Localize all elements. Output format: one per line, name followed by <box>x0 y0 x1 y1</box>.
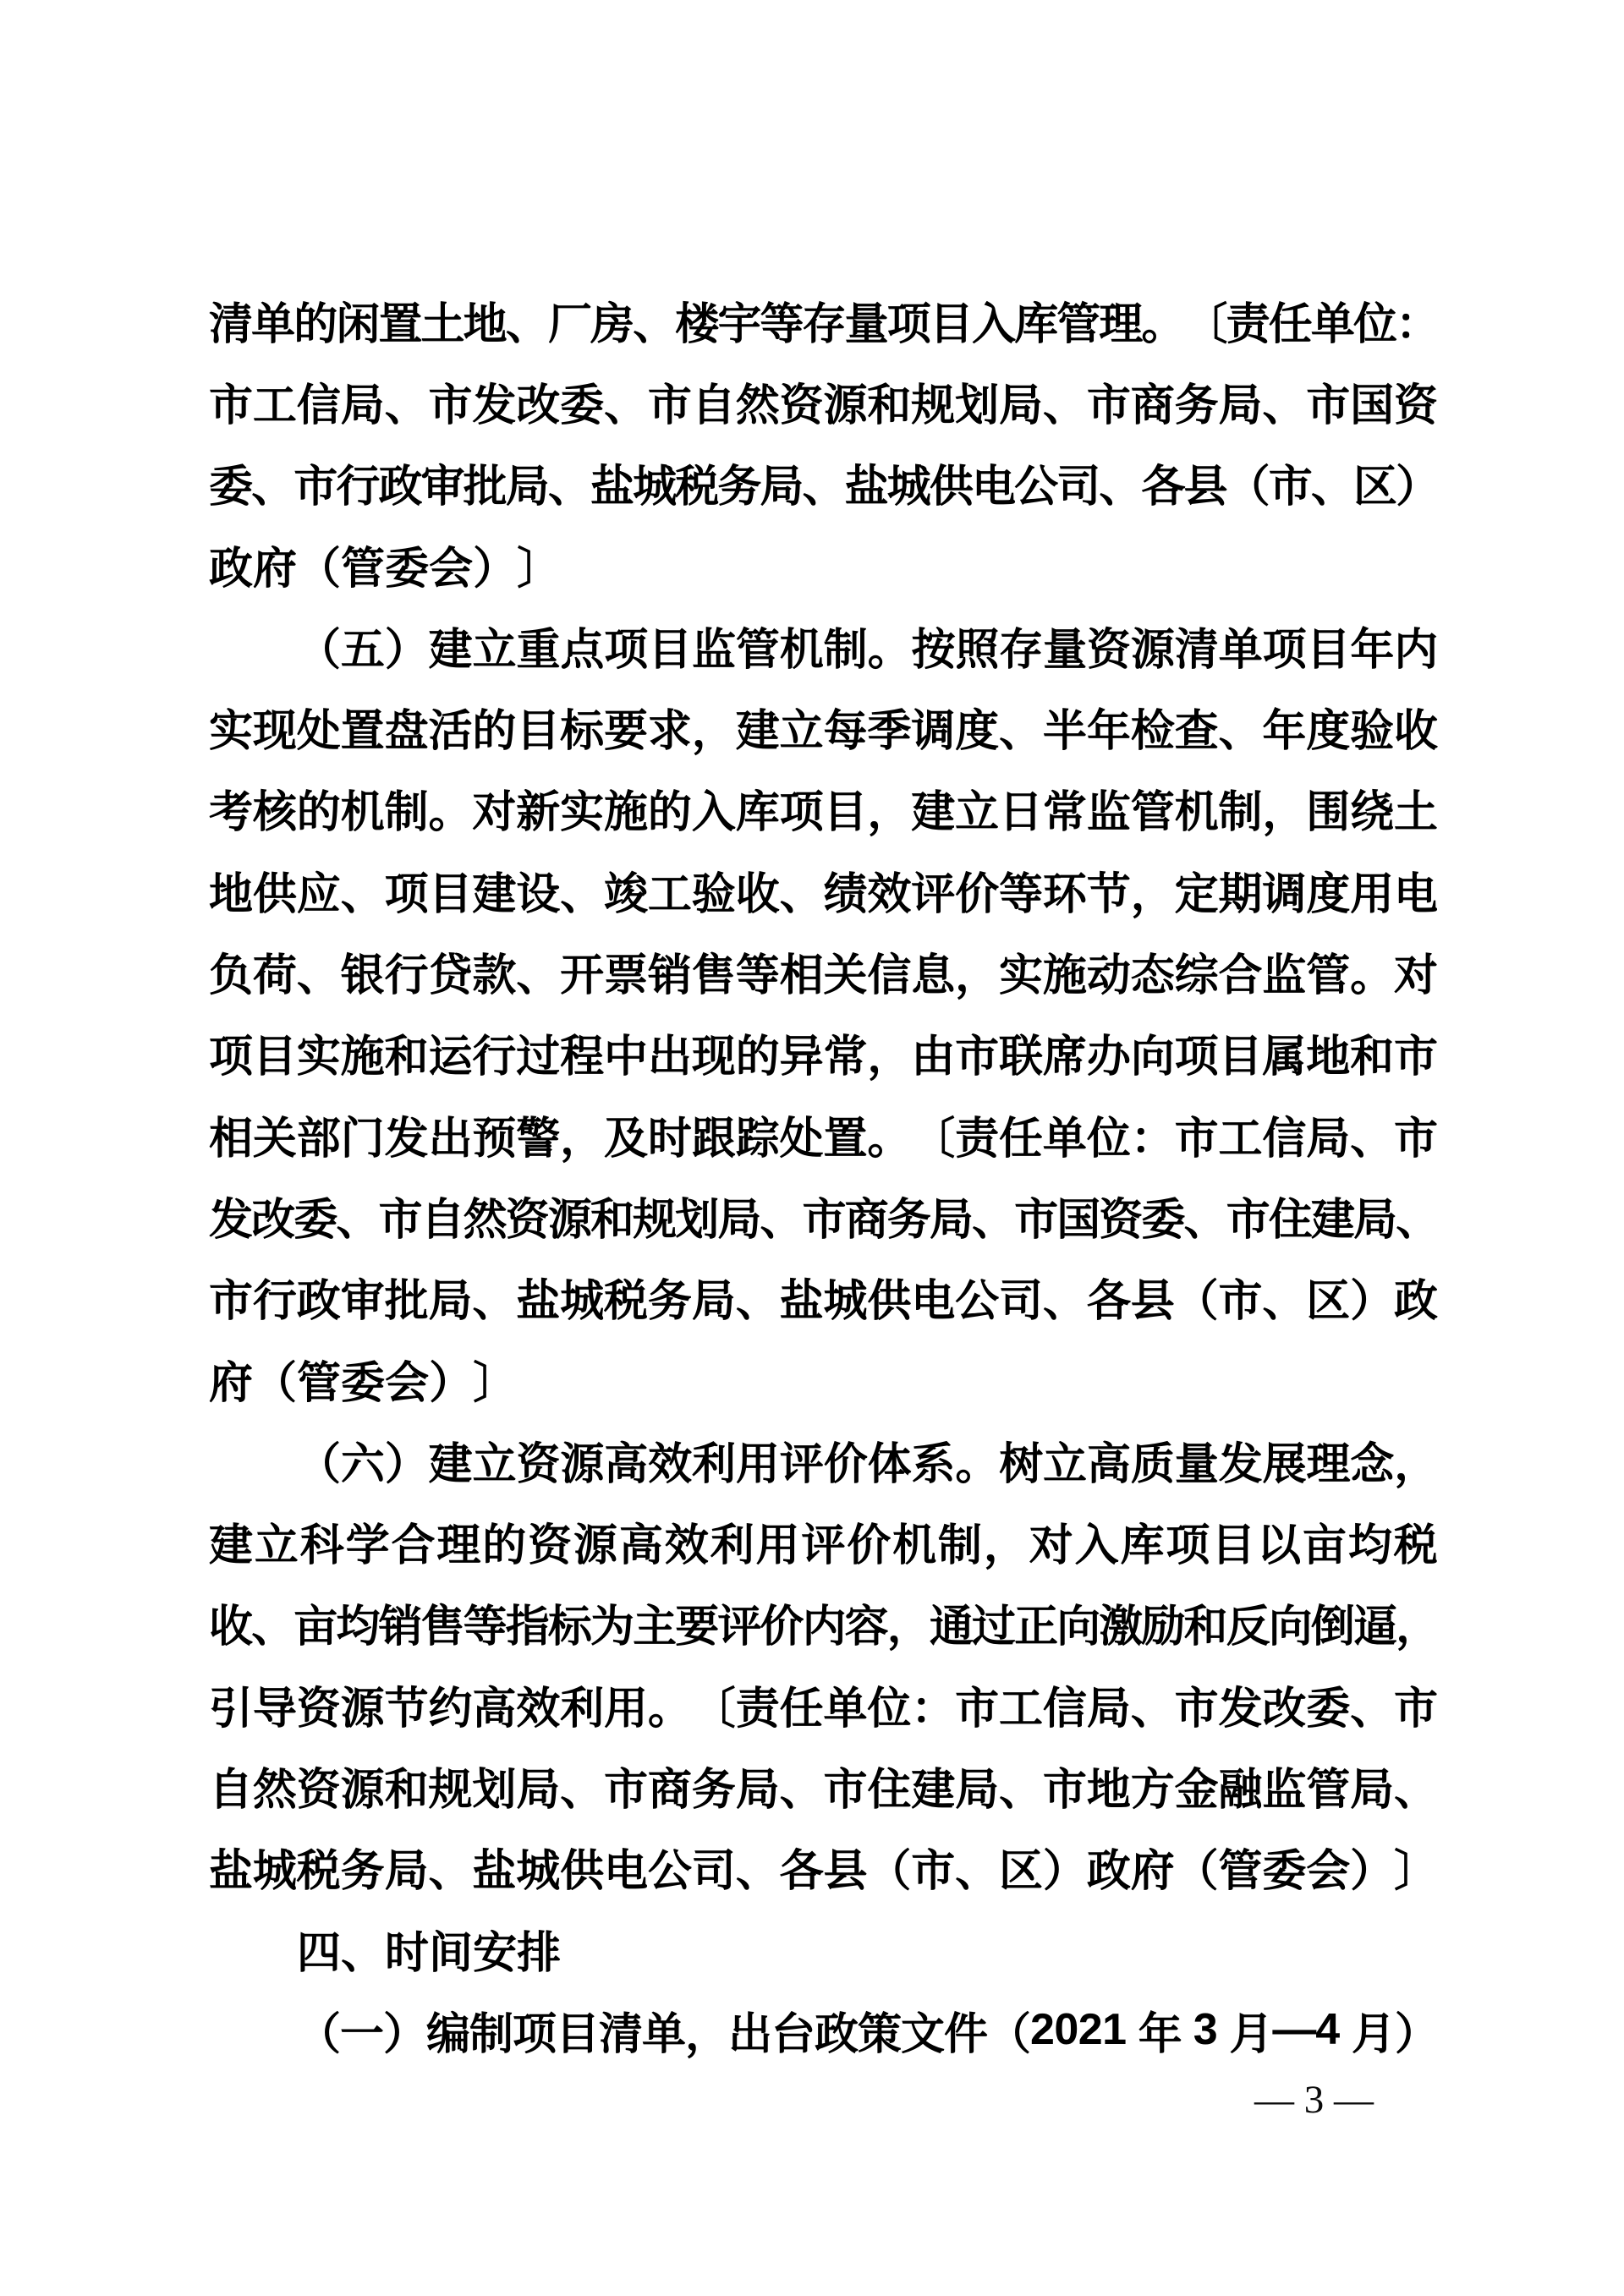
text-line-16: 建立科学合理的资源高效利用评价机制，对入库项目以亩均税 <box>209 1500 1438 1581</box>
text-line-7: 考核的机制。对新实施的入库项目，建立日常监管机制，围绕土 <box>209 768 1438 849</box>
text-line-11: 相关部门发出预警，及时跟踪处置。〔责任单位：市工信局、市 <box>209 1093 1438 1175</box>
text-line-19: 自然资源和规划局、市商务局、市住建局、市地方金融监管局、 <box>209 1745 1438 1826</box>
text-line-17: 收、亩均销售等指标为主要评价内容，通过正向激励和反向倒逼， <box>209 1582 1438 1663</box>
document-page: 清单的闲置土地、厂房、楼宇等存量项目入库管理。〔责任单位： 市工信局、市发改委、… <box>0 0 1624 2296</box>
text-line-4: 政府（管委会）〕 <box>209 523 1438 605</box>
text-line-15: （六）建立资源高效利用评价体系。树立高质量发展理念， <box>209 1419 1438 1500</box>
document-body: 清单的闲置土地、厂房、楼宇等存量项目入库管理。〔责任单位： 市工信局、市发改委、… <box>209 279 1438 2071</box>
text-line-2: 市工信局、市发改委、市自然资源和规划局、市商务局、市国资 <box>209 360 1438 441</box>
section-heading-time-arrangement: 四、时间安排 <box>209 1908 1438 1989</box>
page-number: — 3 — <box>1254 2077 1374 2123</box>
text-line-12: 发改委、市自然资源和规划局、市商务局、市国资委、市住建局、 <box>209 1175 1438 1256</box>
text-line-10: 项目实施和运行过程中出现的异常，由市联席办向项目属地和市 <box>209 1012 1438 1093</box>
text-line-3: 委、市行政审批局、盐城税务局、盐城供电公司、各县（市、区） <box>209 442 1438 523</box>
text-line-22: （一）编制项目清单，出台政策文件（2021 年 3 月—4 月） <box>209 1989 1438 2070</box>
text-line-1: 清单的闲置土地、厂房、楼宇等存量项目入库管理。〔责任单位： <box>209 279 1438 360</box>
text-line-6: 实现处置盘活的目标要求，建立每季调度、半年检查、年度验收 <box>209 686 1438 767</box>
text-line-18: 引导资源节约高效利用。〔责任单位：市工信局、市发改委、市 <box>209 1663 1438 1745</box>
text-line-20: 盐城税务局、盐城供电公司、各县（市、区）政府（管委会）〕 <box>209 1827 1438 1908</box>
text-line-13: 市行政审批局、盐城税务局、盐城供电公司、各县（市、区）政 <box>209 1257 1438 1338</box>
text-line-14: 府（管委会）〕 <box>209 1338 1438 1419</box>
text-line-5: （五）建立重点项目监管机制。按照存量资源清单项目年内 <box>209 605 1438 686</box>
text-line-8: 地供应、项目建设、竣工验收、绩效评价等环节，定期调度用电 <box>209 849 1438 930</box>
text-line-9: 负荷、银行贷款、开票销售等相关信息，实施动态综合监管。对 <box>209 930 1438 1011</box>
